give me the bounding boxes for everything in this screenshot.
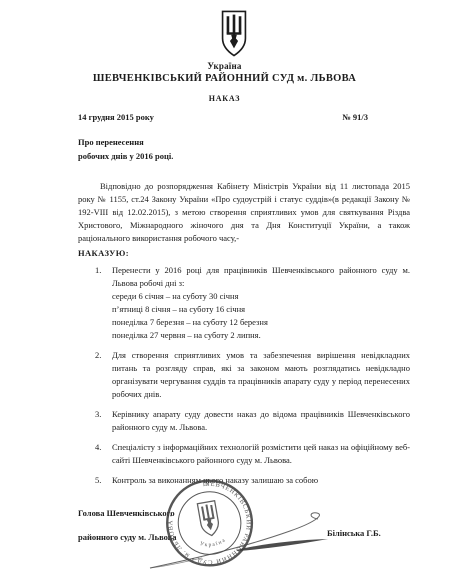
intro-paragraph: Відповідно до розпорядження Кабінету Мін… [78, 180, 410, 245]
order-item-4: 4. Спеціалісту з інформаційних технологі… [95, 441, 410, 467]
item-text: Для створення сприятливих умов та забезп… [112, 350, 410, 399]
meta-row: 14 грудня 2015 року № 91/3 [78, 112, 410, 122]
item-number: 2. [95, 349, 101, 362]
order-date: 14 грудня 2015 року [78, 112, 154, 122]
subject-line-1: Про перенесення [78, 136, 173, 150]
document-type-title: НАКАЗ [0, 94, 449, 103]
order-document-page: Україна ШЕВЧЕНКІВСЬКИЙ РАЙОННИЙ СУД м. Л… [0, 0, 449, 583]
item-number: 3. [95, 408, 101, 421]
order-item-3: 3. Керівнику апарату суду довести наказ … [95, 408, 410, 434]
subject-block: Про перенесення робочих днів у 2016 році… [78, 136, 173, 163]
subject-line-2: робочих днів у 2016 році. [78, 150, 173, 164]
transfer-date-line: понеділка 27 червня – на суботу 2 липня. [112, 329, 410, 342]
transfer-date-line: понеділка 7 березня – на суботу 12 берез… [112, 316, 410, 329]
country-name: Україна [0, 61, 449, 71]
order-number: № 91/3 [342, 112, 368, 122]
item-text: Керівнику апарату суду довести наказ до … [112, 409, 410, 432]
order-item-5: 5. Контроль за виконанням цього наказу з… [95, 474, 410, 487]
item-number: 1. [95, 264, 101, 277]
handwritten-signature-icon [132, 498, 382, 583]
order-item-1: 1. Перенести у 2016 році для працівників… [95, 264, 410, 342]
national-emblem-icon [217, 9, 250, 63]
order-items-list: 1. Перенести у 2016 році для працівників… [95, 264, 410, 494]
order-heading: НАКАЗУЮ: [78, 248, 129, 258]
transfer-date-lines: середи 6 січня – на суботу 30 січня п’ят… [112, 290, 410, 342]
item-number: 5. [95, 474, 101, 487]
transfer-date-line: п’ятниці 8 січня – на суботу 16 січня [112, 303, 410, 316]
item-text: Перенести у 2016 році для працівників Ше… [112, 265, 410, 288]
item-text: Спеціалісту з інформаційних технологій р… [112, 442, 410, 465]
item-number: 4. [95, 441, 101, 454]
order-item-2: 2. Для створення сприятливих умов та заб… [95, 349, 410, 401]
transfer-date-line: середи 6 січня – на суботу 30 січня [112, 290, 410, 303]
court-name: ШЕВЧЕНКІВСЬКИЙ РАЙОННИЙ СУД м. ЛЬВОВА [0, 73, 449, 84]
